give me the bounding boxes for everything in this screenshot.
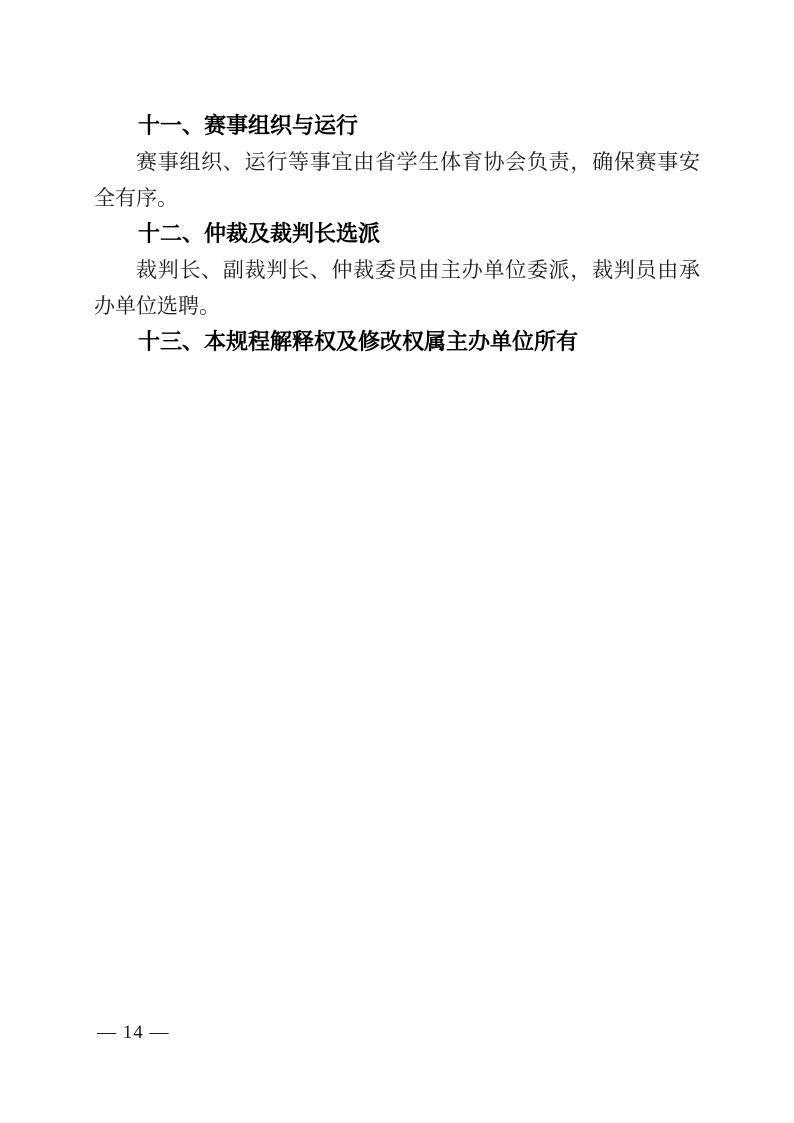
document-page: 十一、赛事组织与运行 赛事组织、运行等事宜由省学生体育协会负责，确保赛事安全有序… xyxy=(0,0,794,1123)
section-heading-thirteen: 十三、本规程解释权及修改权属主办单位所有 xyxy=(94,324,700,360)
page-number: — 14 — xyxy=(97,1022,170,1043)
document-content: 十一、赛事组织与运行 赛事组织、运行等事宜由省学生体育协会负责，确保赛事安全有序… xyxy=(94,108,700,360)
section-paragraph-eleven: 赛事组织、运行等事宜由省学生体育协会负责，确保赛事安全有序。 xyxy=(94,144,700,216)
page-footer: — 14 — xyxy=(97,1020,170,1046)
section-paragraph-twelve: 裁判长、副裁判长、仲裁委员由主办单位委派，裁判员由承办单位选聘。 xyxy=(94,252,700,324)
section-heading-eleven: 十一、赛事组织与运行 xyxy=(94,108,700,144)
section-heading-twelve: 十二、仲裁及裁判长选派 xyxy=(94,216,700,252)
